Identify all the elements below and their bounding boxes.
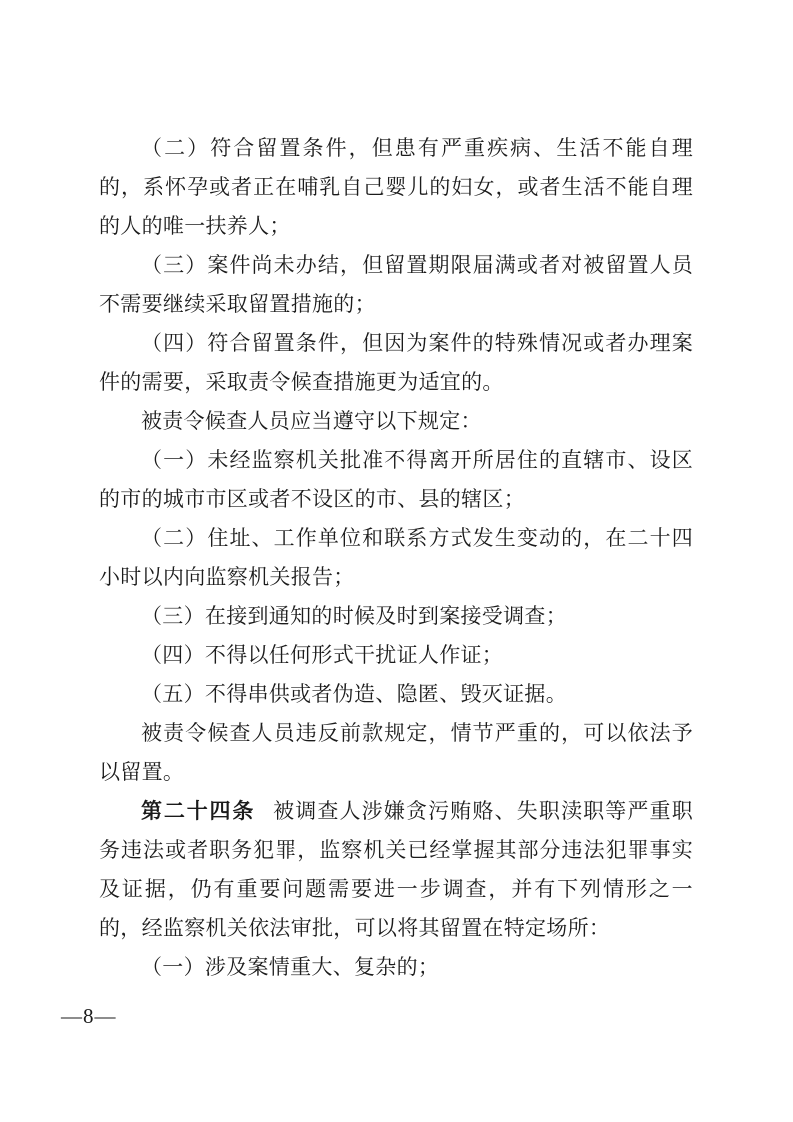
paragraph-violation-consequence: 被责令候查人员违反前款规定，情节严重的，可以依法予以留置。 <box>99 714 693 792</box>
document-page: （二）符合留置条件，但患有严重疾病、生活不能自理的，系怀孕或者正在哺乳自己婴儿的… <box>0 0 793 1122</box>
document-body: （二）符合留置条件，但患有严重疾病、生活不能自理的，系怀孕或者正在哺乳自己婴儿的… <box>99 129 693 987</box>
paragraph-clause-4: （四）符合留置条件，但因为案件的特殊情况或者办理案件的需要，采取责令候查措施更为… <box>99 324 693 402</box>
paragraph-rule-1: （一）未经监察机关批准不得离开所居住的直辖市、设区的市的城市市区或者不设区的市、… <box>99 441 693 519</box>
paragraph-rule-4: （四）不得以任何形式干扰证人作证； <box>99 636 693 675</box>
paragraph-clause-3: （三）案件尚未办结，但留置期限届满或者对被留置人员不需要继续采取留置措施的； <box>99 246 693 324</box>
paragraph-rule-2: （二）住址、工作单位和联系方式发生变动的，在二十四小时以内向监察机关报告； <box>99 519 693 597</box>
paragraph-rule-3: （三）在接到通知的时候及时到案接受调查； <box>99 597 693 636</box>
paragraph-rules-intro: 被责令候查人员应当遵守以下规定： <box>99 402 693 441</box>
paragraph-article-24: 第二十四条被调查人涉嫌贪污贿赂、失职渎职等严重职务违法或者职务犯罪，监察机关已经… <box>99 792 693 948</box>
paragraph-clause-2: （二）符合留置条件，但患有严重疾病、生活不能自理的，系怀孕或者正在哺乳自己婴儿的… <box>99 129 693 246</box>
paragraph-article-24-item-1: （一）涉及案情重大、复杂的； <box>99 948 693 987</box>
page-number: —8— <box>61 1001 117 1031</box>
paragraph-rule-5: （五）不得串供或者伪造、隐匿、毁灭证据。 <box>99 675 693 714</box>
article-24-heading: 第二十四条 <box>141 799 255 823</box>
